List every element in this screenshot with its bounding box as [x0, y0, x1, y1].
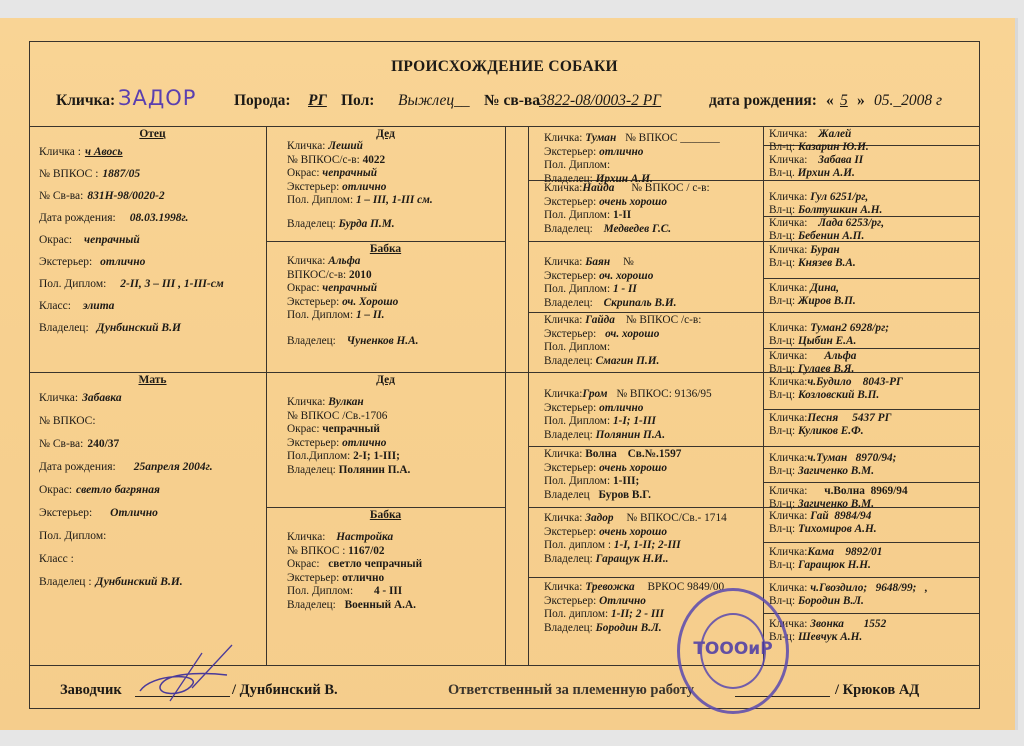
ggp-entry: Кличка: Баян № Экстерьер: оч. хорошо Пол…: [528, 256, 763, 310]
father-row: Класс:элита: [39, 300, 266, 312]
sex-label: Пол:: [341, 92, 374, 110]
father-row: № Св-ва:831Н-98/0020-2: [39, 190, 266, 202]
breed-label: Порода:: [234, 92, 290, 110]
responsible-label: Ответственный за племенную работу: [448, 682, 694, 699]
gggp-divider: [763, 312, 979, 313]
grandfather-maternal: Дед Кличка: Вулкан № ВПКОС /Св.-1706 Окр…: [266, 374, 505, 477]
gggp-entry: Кличка: Гай 8984/94 Вл-ц: Тихомиров А.Н.: [763, 510, 979, 536]
document-frame: ПРОИСХОЖДЕНИЕ СОБАКИ Кличка: ЗАДОР Пород…: [29, 41, 980, 709]
document-title: ПРОИСХОЖДЕНИЕ СОБАКИ: [30, 58, 979, 76]
father-row: Экстерьер:отлично: [39, 256, 266, 268]
mother-row: Экстерьер:Отлично: [39, 507, 266, 519]
father-row: Дата рождения:08.03.1998г.: [39, 212, 266, 224]
birth-month-year: 05._2008 г: [874, 92, 942, 110]
gggp-divider: [763, 278, 979, 279]
ggp-entry: Кличка: Волна Св.№.1597 Экстерьер: очень…: [528, 448, 763, 502]
gp-divider-2: [266, 507, 505, 508]
father-row: Владелец:Дунбинский В.И: [39, 322, 266, 334]
parents-divider: [30, 372, 528, 373]
gggp-entry: Кличка: Гул 6251/рг, Вл-ц: Болтушкин А.Н…: [763, 191, 979, 217]
ggp-divider: [528, 507, 763, 508]
ggp-divider: [528, 312, 763, 313]
responsible-name: / Крюков АД: [835, 682, 919, 699]
gggp-entry: Кличка: Буран Вл-ц: Князев В.А.: [763, 244, 979, 270]
gp-divider-1: [266, 241, 505, 242]
mother-row: Окрас:светло багряная: [39, 484, 266, 496]
gggp-entry: Кличка: Альфа Вл-ц: Гулаев В.Я.: [763, 350, 979, 376]
ggp-entry: Кличка: Гайда № ВПКОС /с-в: Экстерьер: о…: [528, 314, 763, 368]
gggp-divider: [763, 542, 979, 543]
name-label: Кличка:: [56, 92, 115, 110]
cert-value: 3822-08/0003-2 РГ: [539, 92, 661, 110]
breed-value: РГ: [308, 92, 327, 110]
father-row: № ВПКОС :1887/05: [39, 168, 266, 180]
grandmother-title: Бабка: [266, 243, 505, 255]
ggp-divider: [528, 577, 763, 578]
sex-value: Выжлец__: [398, 92, 470, 110]
gggp-entry: Кличка: ч.Гвоздило; 9648/99; , Вл-ц: Бор…: [763, 582, 979, 608]
signature-icon: [132, 643, 242, 703]
father-row: Пол. Диплом:2-II, 3 – III , 1-III-см: [39, 278, 266, 290]
gggp-divider: [763, 482, 979, 483]
gggp-entry: Кличка: Туман2 6928/рг; Вл-ц: Цыбин Е.А.: [763, 322, 979, 348]
father-title: Отец: [39, 128, 266, 140]
dog-name: ЗАДОР: [118, 86, 196, 110]
ggp-entry: Кличка:Найда № ВПКОС / с-в: Экстерьер: о…: [528, 182, 763, 236]
mother-row: Владелец :Дунбинский В.И.: [39, 576, 266, 588]
organization-stamp: ТОООиР: [677, 588, 789, 714]
father-section: Отец Кличка :ч Авось № ВПКОС :1887/05 № …: [30, 128, 266, 334]
birth-quote-open: «: [826, 92, 834, 110]
ggp-divider: [528, 372, 763, 373]
grandmother-title: Бабка: [266, 509, 505, 521]
ggp-divider: [528, 241, 763, 242]
gggp-entry: Кличка:ч.Туман 8970/94; Вл-ц: Загиченко …: [763, 452, 979, 478]
pedigree-document: ПРОИСХОЖДЕНИЕ СОБАКИ Кличка: ЗАДОР Пород…: [0, 18, 1018, 730]
gggp-entry: Кличка: Лада 6253/рг, Вл-ц: Бебенин А.П.: [763, 217, 979, 243]
gggp-divider: [763, 348, 979, 349]
mother-row: Класс :: [39, 553, 266, 565]
grandmother-maternal: Бабка Кличка: Настройка № ВПКОС : 1167/0…: [266, 509, 505, 612]
ggp-entry: Кличка: Задор № ВПКОС/Св.- 1714 Экстерье…: [528, 512, 763, 566]
ggp-entry: Кличка:Гром № ВПКОС: 9136/95 Экстерьер: …: [528, 388, 763, 442]
mother-row: Кличка:Забавка: [39, 392, 266, 404]
birth-quote-close: »: [857, 92, 865, 110]
gggp-entry: Кличка: ч.Волна 8969/94 Вл-ц: Загиченко …: [763, 485, 979, 511]
breeder-name: / Дунбинский В.: [232, 682, 338, 699]
mother-row: № Св-ва:240/37: [39, 438, 266, 450]
gggp-entry: Кличка:ч.Будило 8043-РГ Вл-ц: Козловский…: [763, 376, 979, 402]
mother-row: Пол. Диплом:: [39, 530, 266, 542]
col-divider-2: [505, 126, 506, 665]
ggp-divider: [528, 446, 763, 447]
birth-day: 5: [840, 92, 848, 110]
gggp-divider: [763, 446, 979, 447]
grandfather-paternal: Дед Кличка: Леший № ВПКОС/с-в: 4022 Окра…: [266, 128, 505, 231]
gggp-divider: [763, 409, 979, 410]
gggp-divider: [763, 577, 979, 578]
gggp-divider: [763, 613, 979, 614]
gggp-entry: Кличка: Забава II Вл-ц. Ирхин А.И.: [763, 154, 979, 180]
grandfather-title: Дед: [266, 374, 505, 386]
cert-label: № св-ва: [484, 92, 540, 110]
breeder-label: Заводчик: [60, 682, 122, 699]
gggp-divider: [763, 180, 979, 181]
gggp-entry: Кличка:Кама 9892/01 Вл-ц: Гаращюк Н.Н.: [763, 546, 979, 572]
gggp-entry: Кличка: Дина, Вл-ц: Жиров В.П.: [763, 282, 979, 308]
grandmother-paternal: Бабка Кличка: Альфа ВПКОС/с-в: 2010 Окра…: [266, 243, 505, 348]
father-row: Окрас:чепрачный: [39, 234, 266, 246]
gggp-entry: Кличка: Звонка 1552 Вл-ц: Шевчук А.Н.: [763, 618, 979, 644]
father-row: Кличка :ч Авось: [39, 146, 266, 158]
gggp-entry: Кличка:Песня 5437 РГ Вл-ц: Куликов Е.Ф.: [763, 412, 979, 438]
mother-row: Дата рождения:25апреля 2004г.: [39, 461, 266, 473]
grandfather-title: Дед: [266, 128, 505, 140]
dog-header: Кличка: ЗАДОР Порода: РГ Пол: Выжлец__ №…: [56, 92, 976, 116]
gggp-entry: Кличка: Жалей Вл-ц: Казарин Ю.И.: [763, 128, 979, 154]
ggp-entry: Кличка: Туман № ВПКОС _______ Экстерьер:…: [528, 132, 763, 186]
mother-section: Мать Кличка:Забавка № ВПКОС: № Св-ва:240…: [30, 374, 266, 588]
mother-title: Мать: [39, 374, 266, 386]
birth-label: дата рождения:: [709, 92, 817, 110]
mother-row: № ВПКОС:: [39, 415, 266, 427]
stamp-text: ТОООиР: [680, 639, 786, 659]
